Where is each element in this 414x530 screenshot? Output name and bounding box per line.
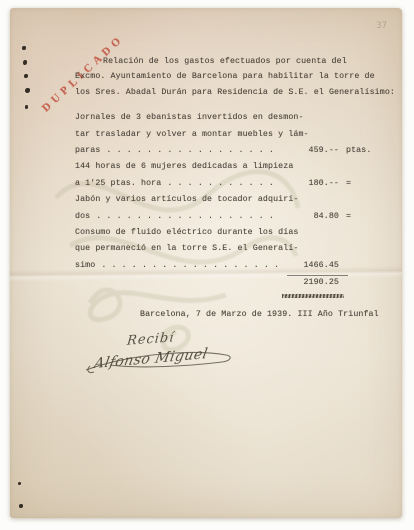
amount-value: 84.80: [283, 209, 339, 225]
heading-line-3: los Sres. Abadal Durán para Residencia d…: [75, 85, 380, 100]
total-underline: [282, 294, 344, 298]
amount-unit: =: [339, 176, 380, 192]
item-line: Jornales de 3 ebanistas invertidos en de…: [75, 110, 380, 126]
item-line: Consumo de fluido eléctrico durante los …: [75, 225, 380, 241]
item-line: que permaneció en la torre S.E. el Gener…: [75, 241, 380, 257]
expense-item: Jabón y varios artículos de tocador adqu…: [75, 192, 380, 225]
item-line: 144 horas de 6 mujeres dedicadas a limpi…: [75, 159, 380, 175]
expense-item: Jornales de 3 ebanistas invertidos en de…: [75, 110, 380, 159]
expense-item: 144 horas de 6 mujeres dedicadas a limpi…: [75, 159, 380, 192]
document-paper: DUPLICADO 37 Relación de los gastos efec…: [10, 8, 402, 518]
item-line: paras: [75, 143, 100, 159]
amount-unit: ptas.: [339, 143, 380, 159]
binding-hole: [18, 482, 21, 485]
item-line: Jabón y varios artículos de tocador adqu…: [75, 192, 380, 208]
signature-handwriting: Alfonso Miguel: [93, 346, 210, 372]
dot-leader: . . . . . . . . . . . . . . . . . . . . …: [167, 176, 279, 192]
heading-line-2: Excmo. Ayuntamiento de Barcelona para ha…: [75, 69, 380, 84]
dot-leader: . . . . . . . . . . . . . . . . . . . . …: [106, 143, 279, 159]
item-line: a 1'25 ptas. hora: [75, 176, 161, 192]
amount-value: 180.--: [283, 176, 339, 192]
amount-unit: =: [339, 209, 380, 225]
heading-line-1: Relación de los gastos efectuados por cu…: [75, 54, 380, 69]
item-line: dos: [75, 209, 90, 225]
date-line: Barcelona, 7 de Marzo de 1939. III Año T…: [140, 310, 380, 319]
binding-hole: [19, 504, 23, 508]
amount-value: 459.--: [283, 143, 339, 159]
item-line: tar trasladar y volver a montar muebles …: [75, 127, 380, 143]
recibi-handwriting: Recibí: [126, 330, 175, 348]
dot-leader: . . . . . . . . . . . . . . . . . . . . …: [96, 209, 279, 225]
